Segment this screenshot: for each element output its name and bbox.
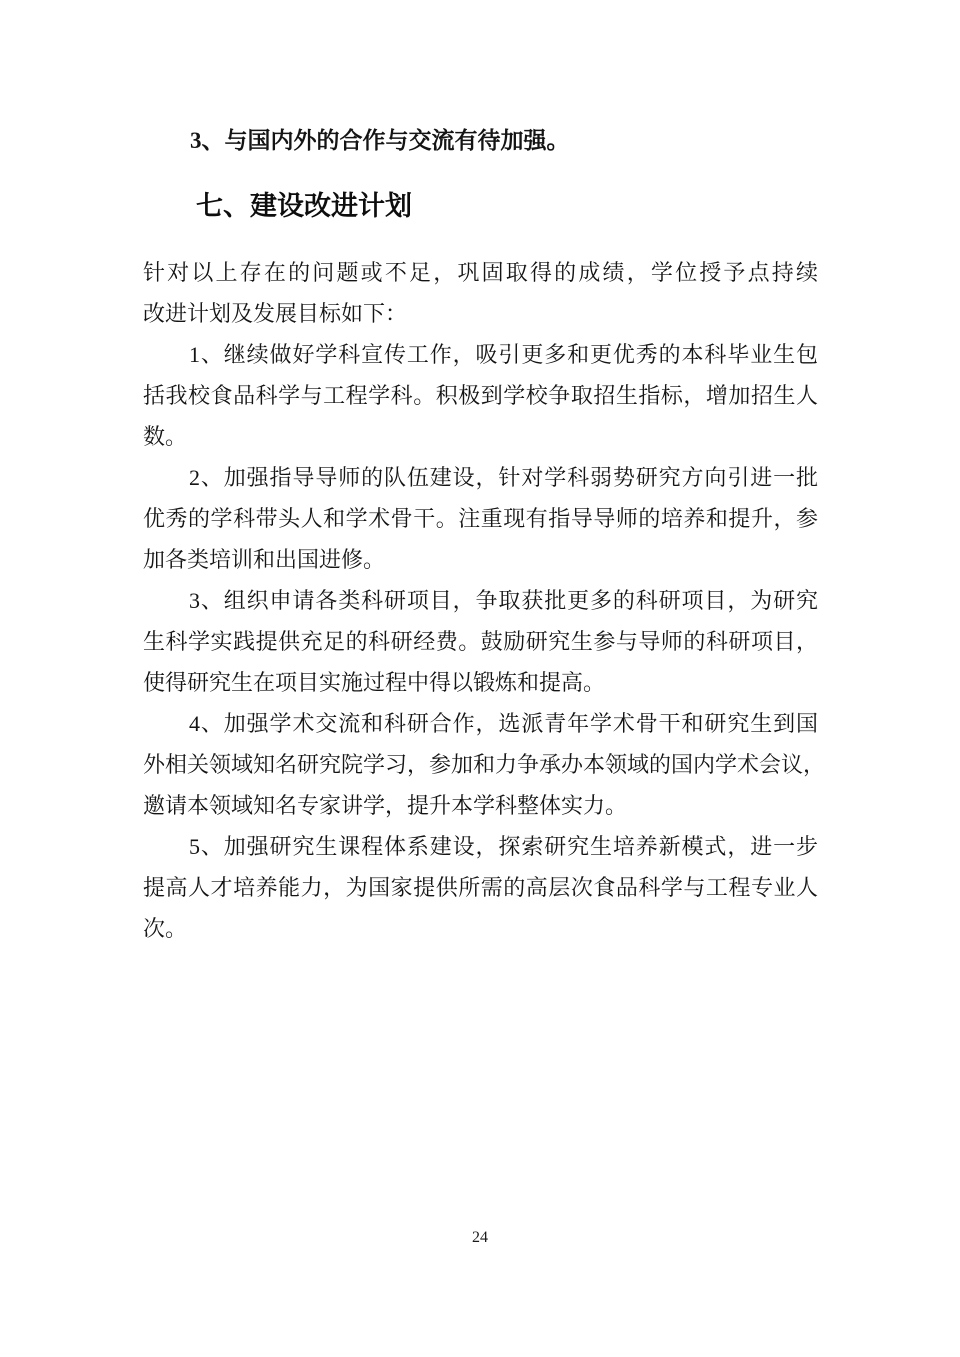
paragraph-line: 改进计划及发展目标如下： <box>143 293 818 334</box>
paragraph-line: 1、继续做好学科宣传工作，吸引更多和更优秀的本科毕业生包 <box>143 334 818 375</box>
paragraph-line: 生科学实践提供充足的科研经费。鼓励研究生参与导师的科研项目， <box>143 621 818 662</box>
previous-section-item-3: 3、与国内外的合作与交流有待加强。 <box>143 121 818 161</box>
plan-item-5: 5、加强研究生课程体系建设，探索研究生培养新模式，进一步 提高人才培养能力，为国… <box>143 826 818 949</box>
paragraph-line: 数。 <box>143 416 818 457</box>
paragraph-line: 提高人才培养能力，为国家提供所需的高层次食品科学与工程专业人 <box>143 867 818 908</box>
document-body: 3、与国内外的合作与交流有待加强。 七、建设改进计划 针对以上存在的问题或不足，… <box>143 121 818 949</box>
plan-item-3: 3、组织申请各类科研项目，争取获批更多的科研项目，为研究 生科学实践提供充足的科… <box>143 580 818 703</box>
paragraph-line: 括我校食品科学与工程学科。积极到学校争取招生指标，增加招生人 <box>143 375 818 416</box>
paragraph-line: 针对以上存在的问题或不足，巩固取得的成绩，学位授予点持续 <box>143 252 818 293</box>
paragraph-line: 2、加强指导导师的队伍建设，针对学科弱势研究方向引进一批 <box>143 457 818 498</box>
page-number: 24 <box>0 1226 960 1250</box>
document-page: 3、与国内外的合作与交流有待加强。 七、建设改进计划 针对以上存在的问题或不足，… <box>0 0 960 1357</box>
paragraph-line: 次。 <box>143 908 818 949</box>
plan-item-4: 4、加强学术交流和科研合作，选派青年学术骨干和研究生到国 外相关领域知名研究院学… <box>143 703 818 826</box>
intro-paragraph: 针对以上存在的问题或不足，巩固取得的成绩，学位授予点持续 改进计划及发展目标如下… <box>143 252 818 334</box>
paragraph-line: 加各类培训和出国进修。 <box>143 539 818 580</box>
plan-item-2: 2、加强指导导师的队伍建设，针对学科弱势研究方向引进一批 优秀的学科带头人和学术… <box>143 457 818 580</box>
paragraph-line: 优秀的学科带头人和学术骨干。注重现有指导导师的培养和提升，参 <box>143 498 818 539</box>
paragraph-line: 外相关领域知名研究院学习，参加和力争承办本领域的国内学术会议， <box>143 744 818 785</box>
paragraph-line: 4、加强学术交流和科研合作，选派青年学术骨干和研究生到国 <box>143 703 818 744</box>
section-heading: 七、建设改进计划 <box>143 183 818 229</box>
paragraph-line: 使得研究生在项目实施过程中得以锻炼和提高。 <box>143 662 818 703</box>
paragraph-line: 邀请本领域知名专家讲学，提升本学科整体实力。 <box>143 785 818 826</box>
paragraph-line: 5、加强研究生课程体系建设，探索研究生培养新模式，进一步 <box>143 826 818 867</box>
plan-item-1: 1、继续做好学科宣传工作，吸引更多和更优秀的本科毕业生包 括我校食品科学与工程学… <box>143 334 818 457</box>
paragraph-line: 3、组织申请各类科研项目，争取获批更多的科研项目，为研究 <box>143 580 818 621</box>
